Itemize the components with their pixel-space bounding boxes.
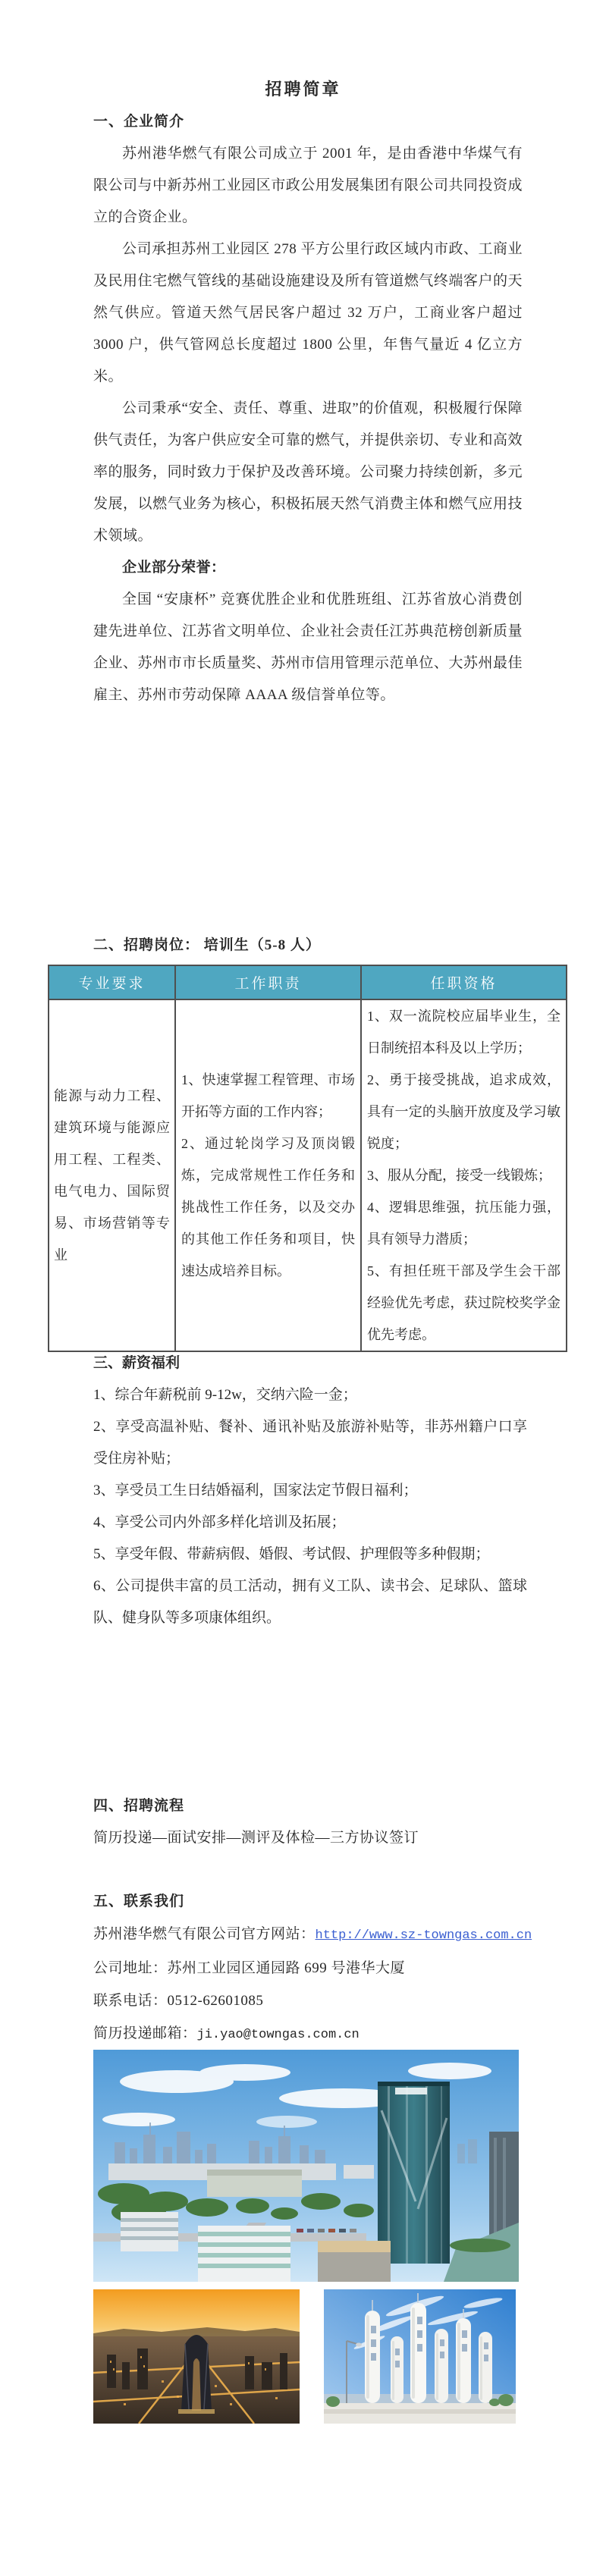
address-line: 公司地址：苏州工业园区通园路 699 号港华大厦 <box>93 1952 579 1985</box>
section4-heading: 四、招聘流程 <box>93 1790 564 1822</box>
section-benefits: 三、薪资福利 1、综合年薪税前 9-12w，交纳六险一金； 2、享受高温补贴、餐… <box>93 1348 527 1634</box>
section2-heading: 二、招聘岗位： 培训生（5-8 人） <box>93 930 579 962</box>
cell-qualifications: 1、双一流院校应届毕业生，全日制统招本科及以上学历； 2、勇于接受挑战，追求成效… <box>361 999 567 1351</box>
qualification-item: 2、勇于接受挑战，追求成效，具有一定的头脑开放度及学习敏锐度； <box>367 1064 560 1159</box>
page-title: 招聘简章 <box>0 77 606 102</box>
headquarters-photo-art <box>93 2050 519 2282</box>
email-label: 简历投递邮箱： <box>93 2025 197 2041</box>
benefit-item: 2、享受高温补贴、餐补、通讯补贴及旅游补贴等，非苏州籍户口享受住房补贴； <box>93 1411 527 1475</box>
table-header-row: 专业要求 工作职责 任职资格 <box>49 965 567 999</box>
section-contact: 五、联系我们 苏州港华燃气有限公司官方网站：http://www.sz-town… <box>93 1886 579 2051</box>
sunset-photo-art <box>93 2289 300 2424</box>
intro-paragraph: 苏州港华燃气有限公司成立于 2001 年，是由香港中华煤气有限公司与中新苏州工业… <box>93 138 523 234</box>
website-label: 苏州港华燃气有限公司官方网站： <box>93 1926 316 1942</box>
benefit-item: 6、公司提供丰富的员工活动，拥有义工队、读书会、足球队、篮球队、健身队等多项康体… <box>93 1570 527 1634</box>
honors-paragraph: 全国 “安康杯” 竞赛优胜企业和优胜班组、江苏省放心消费创建先进单位、江苏省文明… <box>93 584 523 711</box>
towers-photo-art <box>324 2289 516 2424</box>
positions-table: 专业要求 工作职责 任职资格 能源与动力工程、建筑环境与能源应用工程、工程类、电… <box>48 965 567 1352</box>
qualification-item: 1、双一流院校应届毕业生，全日制统招本科及以上学历； <box>367 1000 560 1064</box>
duty-item: 2、通过轮岗学习及顶岗锻炼，完成常规性工作任务和挑战性工作任务，以及交办的其他工… <box>181 1128 355 1287</box>
intro-paragraph: 公司承担苏州工业园区 278 平方公里行政区域内市政、工商业及民用住宅燃气管线的… <box>93 234 523 393</box>
section5-heading: 五、联系我们 <box>93 1886 579 1918</box>
col-header-duties: 工作职责 <box>175 965 361 999</box>
recruitment-document-page: 招聘简章 一、企业简介 苏州港华燃气有限公司成立于 2001 年，是由香港中华煤… <box>0 0 606 2576</box>
photo-sunset-aerial <box>93 2289 300 2424</box>
major-text: 能源与动力工程、建筑环境与能源应用工程、工程类、电气电力、国际贸易、市场营销等专… <box>54 1080 170 1271</box>
col-header-qualifications: 任职资格 <box>361 965 567 999</box>
photo-gas-storage-towers <box>324 2289 516 2424</box>
section3-heading: 三、薪资福利 <box>93 1348 527 1379</box>
section1-heading: 一、企业简介 <box>93 106 523 138</box>
benefit-item: 1、综合年薪税前 9-12w，交纳六险一金； <box>93 1379 527 1411</box>
benefit-item: 3、享受员工生日结婚福利，国家法定节假日福利； <box>93 1475 527 1507</box>
email-address: ji.yao@towngas.com.cn <box>197 2028 360 2042</box>
email-line: 简历投递邮箱：ji.yao@towngas.com.cn <box>93 2017 579 2051</box>
phone-line: 联系电话：0512-62601085 <box>93 1985 579 2017</box>
qualification-item: 3、服从分配，接受一线锻炼； <box>367 1159 560 1191</box>
qualification-item: 4、逻辑思维强，抗压能力强，具有领导力潜质； <box>367 1191 560 1255</box>
qualification-item: 5、有担任班干部及学生会干部经验优先考虑，获过院校奖学金优先考虑。 <box>367 1255 560 1351</box>
duty-item: 1、快速掌握工程管理、市场开拓等方面的工作内容； <box>181 1064 355 1128</box>
section-company-intro: 一、企业简介 苏州港华燃气有限公司成立于 2001 年，是由香港中华煤气有限公司… <box>93 106 523 711</box>
benefit-item: 5、享受年假、带薪病假、婚假、考试假、护理假等多种假期； <box>93 1539 527 1570</box>
intro-paragraph: 公司秉承“安全、责任、尊重、进取”的价值观，积极履行保障供气责任，为客户供应安全… <box>93 393 523 552</box>
process-flow-text: 简历投递—面试安排—测评及体检—三方协议签订 <box>93 1822 564 1854</box>
cell-duties: 1、快速掌握工程管理、市场开拓等方面的工作内容； 2、通过轮岗学习及顶岗锻炼，完… <box>175 999 361 1351</box>
website-link[interactable]: http://www.sz-towngas.com.cn <box>316 1928 532 1943</box>
website-line: 苏州港华燃气有限公司官方网站：http://www.sz-towngas.com… <box>93 1918 579 1952</box>
table-body-row: 能源与动力工程、建筑环境与能源应用工程、工程类、电气电力、国际贸易、市场营销等专… <box>49 999 567 1351</box>
section-positions: 二、招聘岗位： 培训生（5-8 人） <box>93 930 579 962</box>
col-header-major: 专业要求 <box>49 965 175 999</box>
benefit-item: 4、享受公司内外部多样化培训及拓展； <box>93 1507 527 1539</box>
section-process: 四、招聘流程 简历投递—面试安排—测评及体检—三方协议签订 <box>93 1790 564 1854</box>
cell-major: 能源与动力工程、建筑环境与能源应用工程、工程类、电气电力、国际贸易、市场营销等专… <box>49 999 175 1351</box>
honors-label: 企业部分荣誉： <box>93 552 523 584</box>
photo-headquarters-cityscape <box>93 2050 519 2282</box>
